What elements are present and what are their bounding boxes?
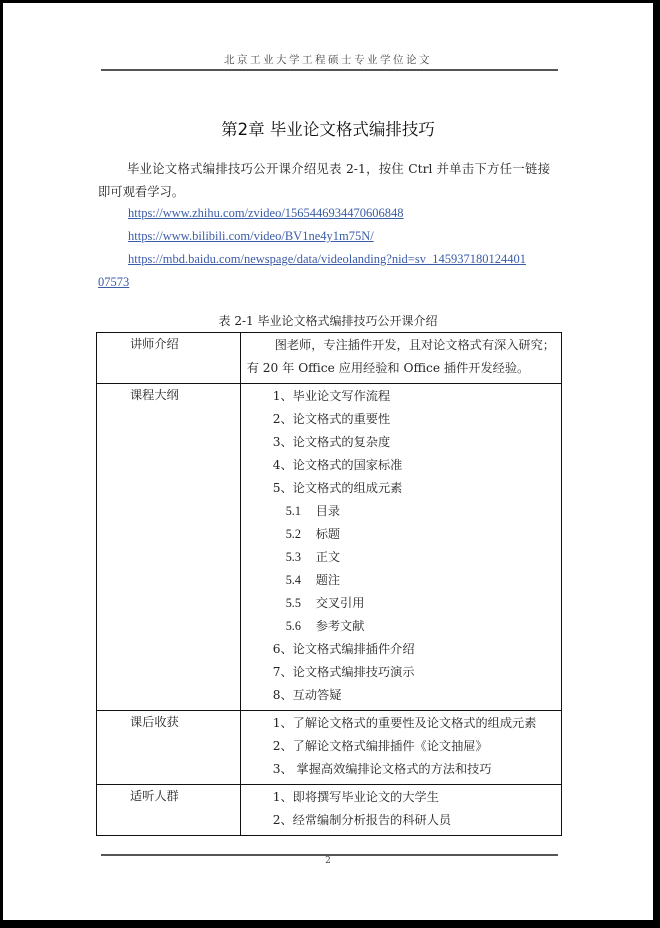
- outline-item: 1、毕业论文写作流程: [241, 386, 555, 409]
- row-content: 图老师，专注插件开发，且对论文格式有深入研究； 有 20 年 Office 应用…: [240, 333, 561, 384]
- subitem-text: 交叉引用: [316, 596, 365, 610]
- outline-subitem: 5.3正文: [241, 547, 555, 570]
- running-header: 北京工业大学工程硕士专业学位论文: [3, 52, 653, 67]
- link-baidu-line2[interactable]: 07573: [98, 275, 129, 290]
- outline-item: 6、论文格式编排插件介绍: [241, 639, 555, 662]
- subitem-text: 参考文献: [316, 619, 365, 633]
- outline-subitem: 5.6参考文献: [241, 616, 555, 639]
- subitem-text: 正文: [316, 550, 340, 564]
- outline-item: 7、论文格式编排技巧演示: [241, 662, 555, 685]
- subitem-number: 5.2: [286, 524, 316, 545]
- outline-item: 5、论文格式的组成元素: [241, 478, 555, 501]
- outline-item: 8、互动答疑: [241, 685, 555, 708]
- audience-item: 1、即将撰写毕业论文的大学生: [241, 787, 555, 810]
- outline-subitem: 5.5交叉引用: [241, 593, 555, 616]
- row-content: 1、毕业论文写作流程 2、论文格式的重要性 3、论文格式的复杂度 4、论文格式的…: [240, 384, 561, 711]
- row-label: 课程大纲: [97, 384, 241, 711]
- course-table: 讲师介绍 图老师，专注插件开发，且对论文格式有深入研究； 有 20 年 Offi…: [96, 332, 562, 836]
- outline-subitem: 5.2标题: [241, 524, 555, 547]
- row-content: 1、即将撰写毕业论文的大学生 2、经常编制分析报告的科研人员: [240, 785, 561, 836]
- instructor-line: 有 20 年 Office 应用经验和 Office 插件开发经验。: [241, 358, 555, 381]
- outline-item: 3、论文格式的复杂度: [241, 432, 555, 455]
- table-row-outcomes: 课后收获 1、了解论文格式的重要性及论文格式的组成元素 2、了解论文格式编排插件…: [97, 711, 562, 785]
- subitem-number: 5.4: [286, 570, 316, 591]
- document-page: 北京工业大学工程硕士专业学位论文 第2章 毕业论文格式编排技巧 毕业论文格式编排…: [3, 3, 653, 920]
- table-row-outline: 课程大纲 1、毕业论文写作流程 2、论文格式的重要性 3、论文格式的复杂度 4、…: [97, 384, 562, 711]
- outcome-item: 2、了解论文格式编排插件《论文抽屉》: [241, 736, 555, 759]
- subitem-text: 题注: [316, 573, 340, 587]
- outline-subitem: 5.1目录: [241, 501, 555, 524]
- table-row-instructor: 讲师介绍 图老师，专注插件开发，且对论文格式有深入研究； 有 20 年 Offi…: [97, 333, 562, 384]
- link-bilibili[interactable]: https://www.bilibili.com/video/BV1ne4y1m…: [128, 229, 374, 244]
- subitem-number: 5.3: [286, 547, 316, 568]
- subitem-number: 5.1: [286, 501, 316, 522]
- row-label: 适听人群: [97, 785, 241, 836]
- instructor-line: 图老师，专注插件开发，且对论文格式有深入研究；: [241, 335, 555, 358]
- outline-item: 4、论文格式的国家标准: [241, 455, 555, 478]
- outcome-item: 3、 掌握高效编排论文格式的方法和技巧: [241, 759, 555, 782]
- subitem-text: 目录: [316, 504, 340, 518]
- audience-item: 2、经常编制分析报告的科研人员: [241, 810, 555, 833]
- outline-item: 2、论文格式的重要性: [241, 409, 555, 432]
- outline-subitem: 5.4题注: [241, 570, 555, 593]
- link-zhihu[interactable]: https://www.zhihu.com/zvideo/15654469344…: [128, 206, 404, 221]
- page-number: 2: [3, 856, 653, 866]
- table-caption: 表 2-1 毕业论文格式编排技巧公开课介绍: [3, 312, 653, 329]
- row-label: 课后收获: [97, 711, 241, 785]
- table-row-audience: 适听人群 1、即将撰写毕业论文的大学生 2、经常编制分析报告的科研人员: [97, 785, 562, 836]
- subitem-number: 5.6: [286, 616, 316, 637]
- chapter-title: 第2章 毕业论文格式编排技巧: [3, 116, 653, 140]
- header-rule: [101, 69, 558, 71]
- subitem-text: 标题: [316, 527, 340, 541]
- row-content: 1、了解论文格式的重要性及论文格式的组成元素 2、了解论文格式编排插件《论文抽屉…: [240, 711, 561, 785]
- intro-paragraph: 毕业论文格式编排技巧公开课介绍见表 2-1，按住 Ctrl 并单击下方任一链接即…: [98, 158, 550, 204]
- row-label: 讲师介绍: [97, 333, 241, 384]
- link-baidu-line1[interactable]: https://mbd.baidu.com/newspage/data/vide…: [128, 252, 526, 267]
- subitem-number: 5.5: [286, 593, 316, 614]
- outcome-item: 1、了解论文格式的重要性及论文格式的组成元素: [241, 713, 555, 736]
